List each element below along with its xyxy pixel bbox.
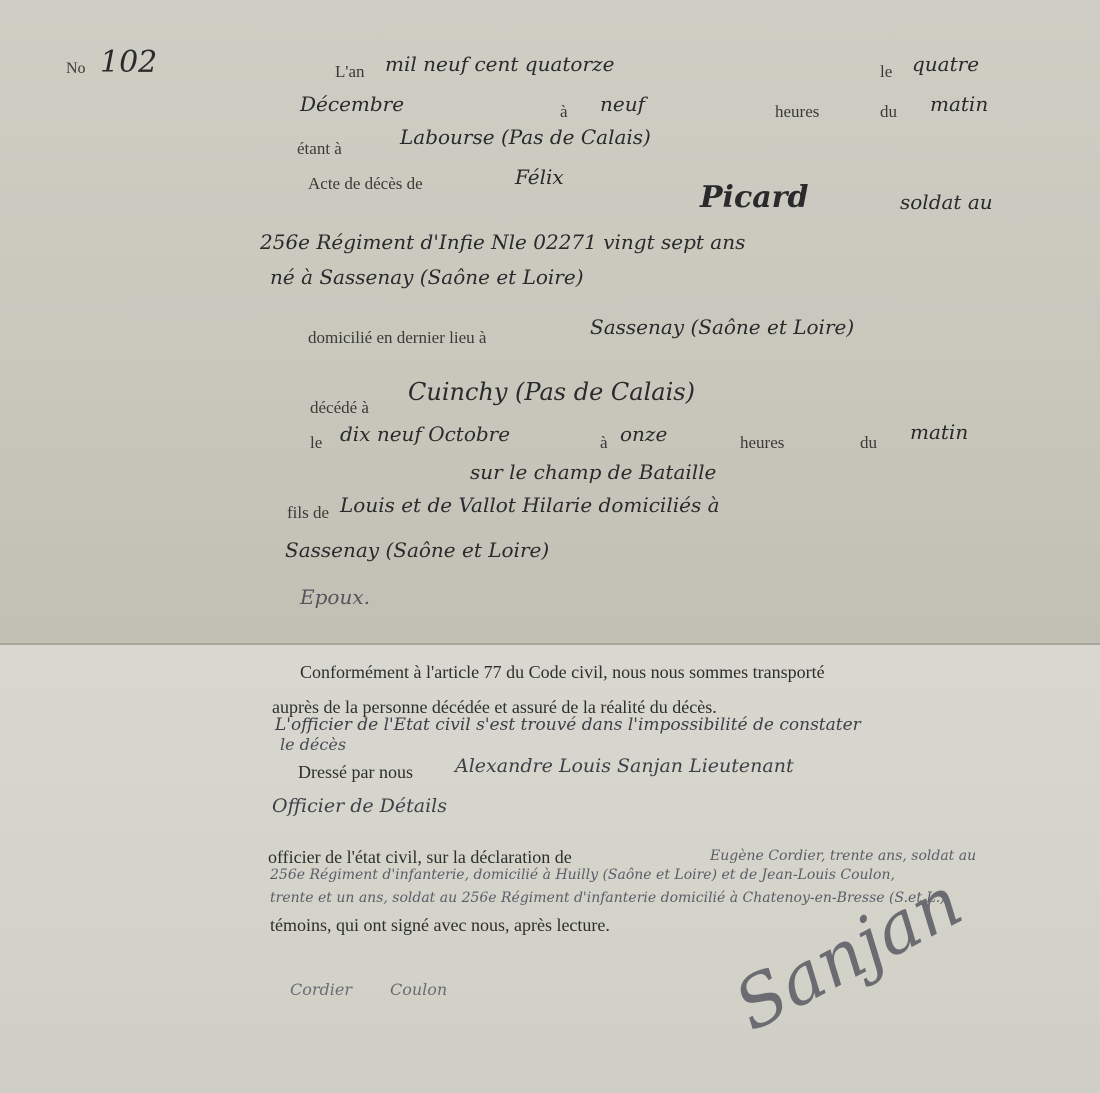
death-hour-handwritten: onze [620, 422, 667, 446]
hour-handwritten: neuf [600, 92, 645, 116]
witness-1-signature: Cordier [290, 980, 352, 999]
officer-name-handwritten: Alexandre Louis Sanjan Lieutenant [455, 755, 794, 777]
marital-status-handwritten: Epoux. [300, 585, 370, 609]
printed-temoins: témoins, qui ont signé avec nous, après … [270, 915, 610, 936]
declarant-2-details-handwritten: trente et un ans, soldat au 256e Régimen… [270, 890, 946, 906]
death-place-handwritten: Cuinchy (Pas de Calais) [408, 378, 695, 406]
officer-note-end-handwritten: le décès [280, 735, 346, 754]
death-date-handwritten: dix neuf Octobre [340, 422, 510, 446]
printed-le: le [880, 62, 892, 82]
battlefield-note-handwritten: sur le champ de Bataille [470, 460, 716, 484]
period-handwritten: matin [930, 92, 988, 116]
entry-number-label: No [66, 60, 86, 78]
printed-domicile: domicilié en dernier lieu à [308, 328, 486, 348]
printed-du: du [880, 102, 897, 122]
regiment-handwritten: 256e Régiment d'Infie Nle 02271 vingt se… [260, 230, 745, 254]
place-handwritten: Labourse (Pas de Calais) [400, 125, 651, 149]
witness-2-signature: Coulon [390, 980, 447, 999]
officer-signature: Sanjan [722, 860, 975, 1047]
parents-handwritten: Louis et de Vallot Hilarie domiciliés à [340, 493, 720, 517]
declarant-1-details-handwritten: 256e Régiment d'infanterie, domicilié à … [270, 867, 895, 883]
register-page-lower: Conformément à l'article 77 du Code civi… [0, 643, 1100, 1093]
printed-officier-etat-civil: officier de l'état civil, sur la déclara… [268, 847, 572, 868]
printed-etant: étant à [297, 139, 342, 159]
officer-note-handwritten: L'officier de l'Etat civil s'est trouvé … [275, 715, 861, 735]
first-name-handwritten: Félix [515, 165, 564, 189]
domicile-handwritten: Sassenay (Saône et Loire) [590, 315, 854, 339]
register-page-upper: No 102 L'an mil neuf cent quatorze le qu… [0, 0, 1100, 643]
printed-heures-2: heures [740, 433, 784, 453]
role-handwritten: soldat au [900, 190, 993, 214]
printed-a: à [560, 102, 568, 122]
printed-fils-de: fils de [287, 503, 329, 523]
printed-article-77: Conformément à l'article 77 du Code civi… [300, 662, 825, 683]
entry-number: 102 [100, 45, 157, 80]
printed-acte-de-deces: Acte de décès de [308, 174, 423, 194]
printed-lan: L'an [335, 62, 365, 82]
printed-heures: heures [775, 102, 819, 122]
printed-decede: décédé à [310, 398, 369, 418]
printed-du-2: du [860, 433, 877, 453]
parents-place-handwritten: Sassenay (Saône et Loire) [285, 538, 549, 562]
printed-a-2: à [600, 433, 608, 453]
surname-handwritten: Picard [700, 180, 808, 215]
month-handwritten: Décembre [300, 92, 404, 116]
printed-dresse-par-nous: Dressé par nous [298, 762, 413, 783]
day-handwritten: quatre [912, 52, 979, 76]
printed-le-2: le [310, 433, 322, 453]
officer-title-handwritten: Officier de Détails [272, 795, 447, 817]
birthplace-handwritten: né à Sassenay (Saône et Loire) [270, 265, 584, 289]
year-handwritten: mil neuf cent quatorze [385, 52, 614, 76]
death-period-handwritten: matin [910, 420, 968, 444]
